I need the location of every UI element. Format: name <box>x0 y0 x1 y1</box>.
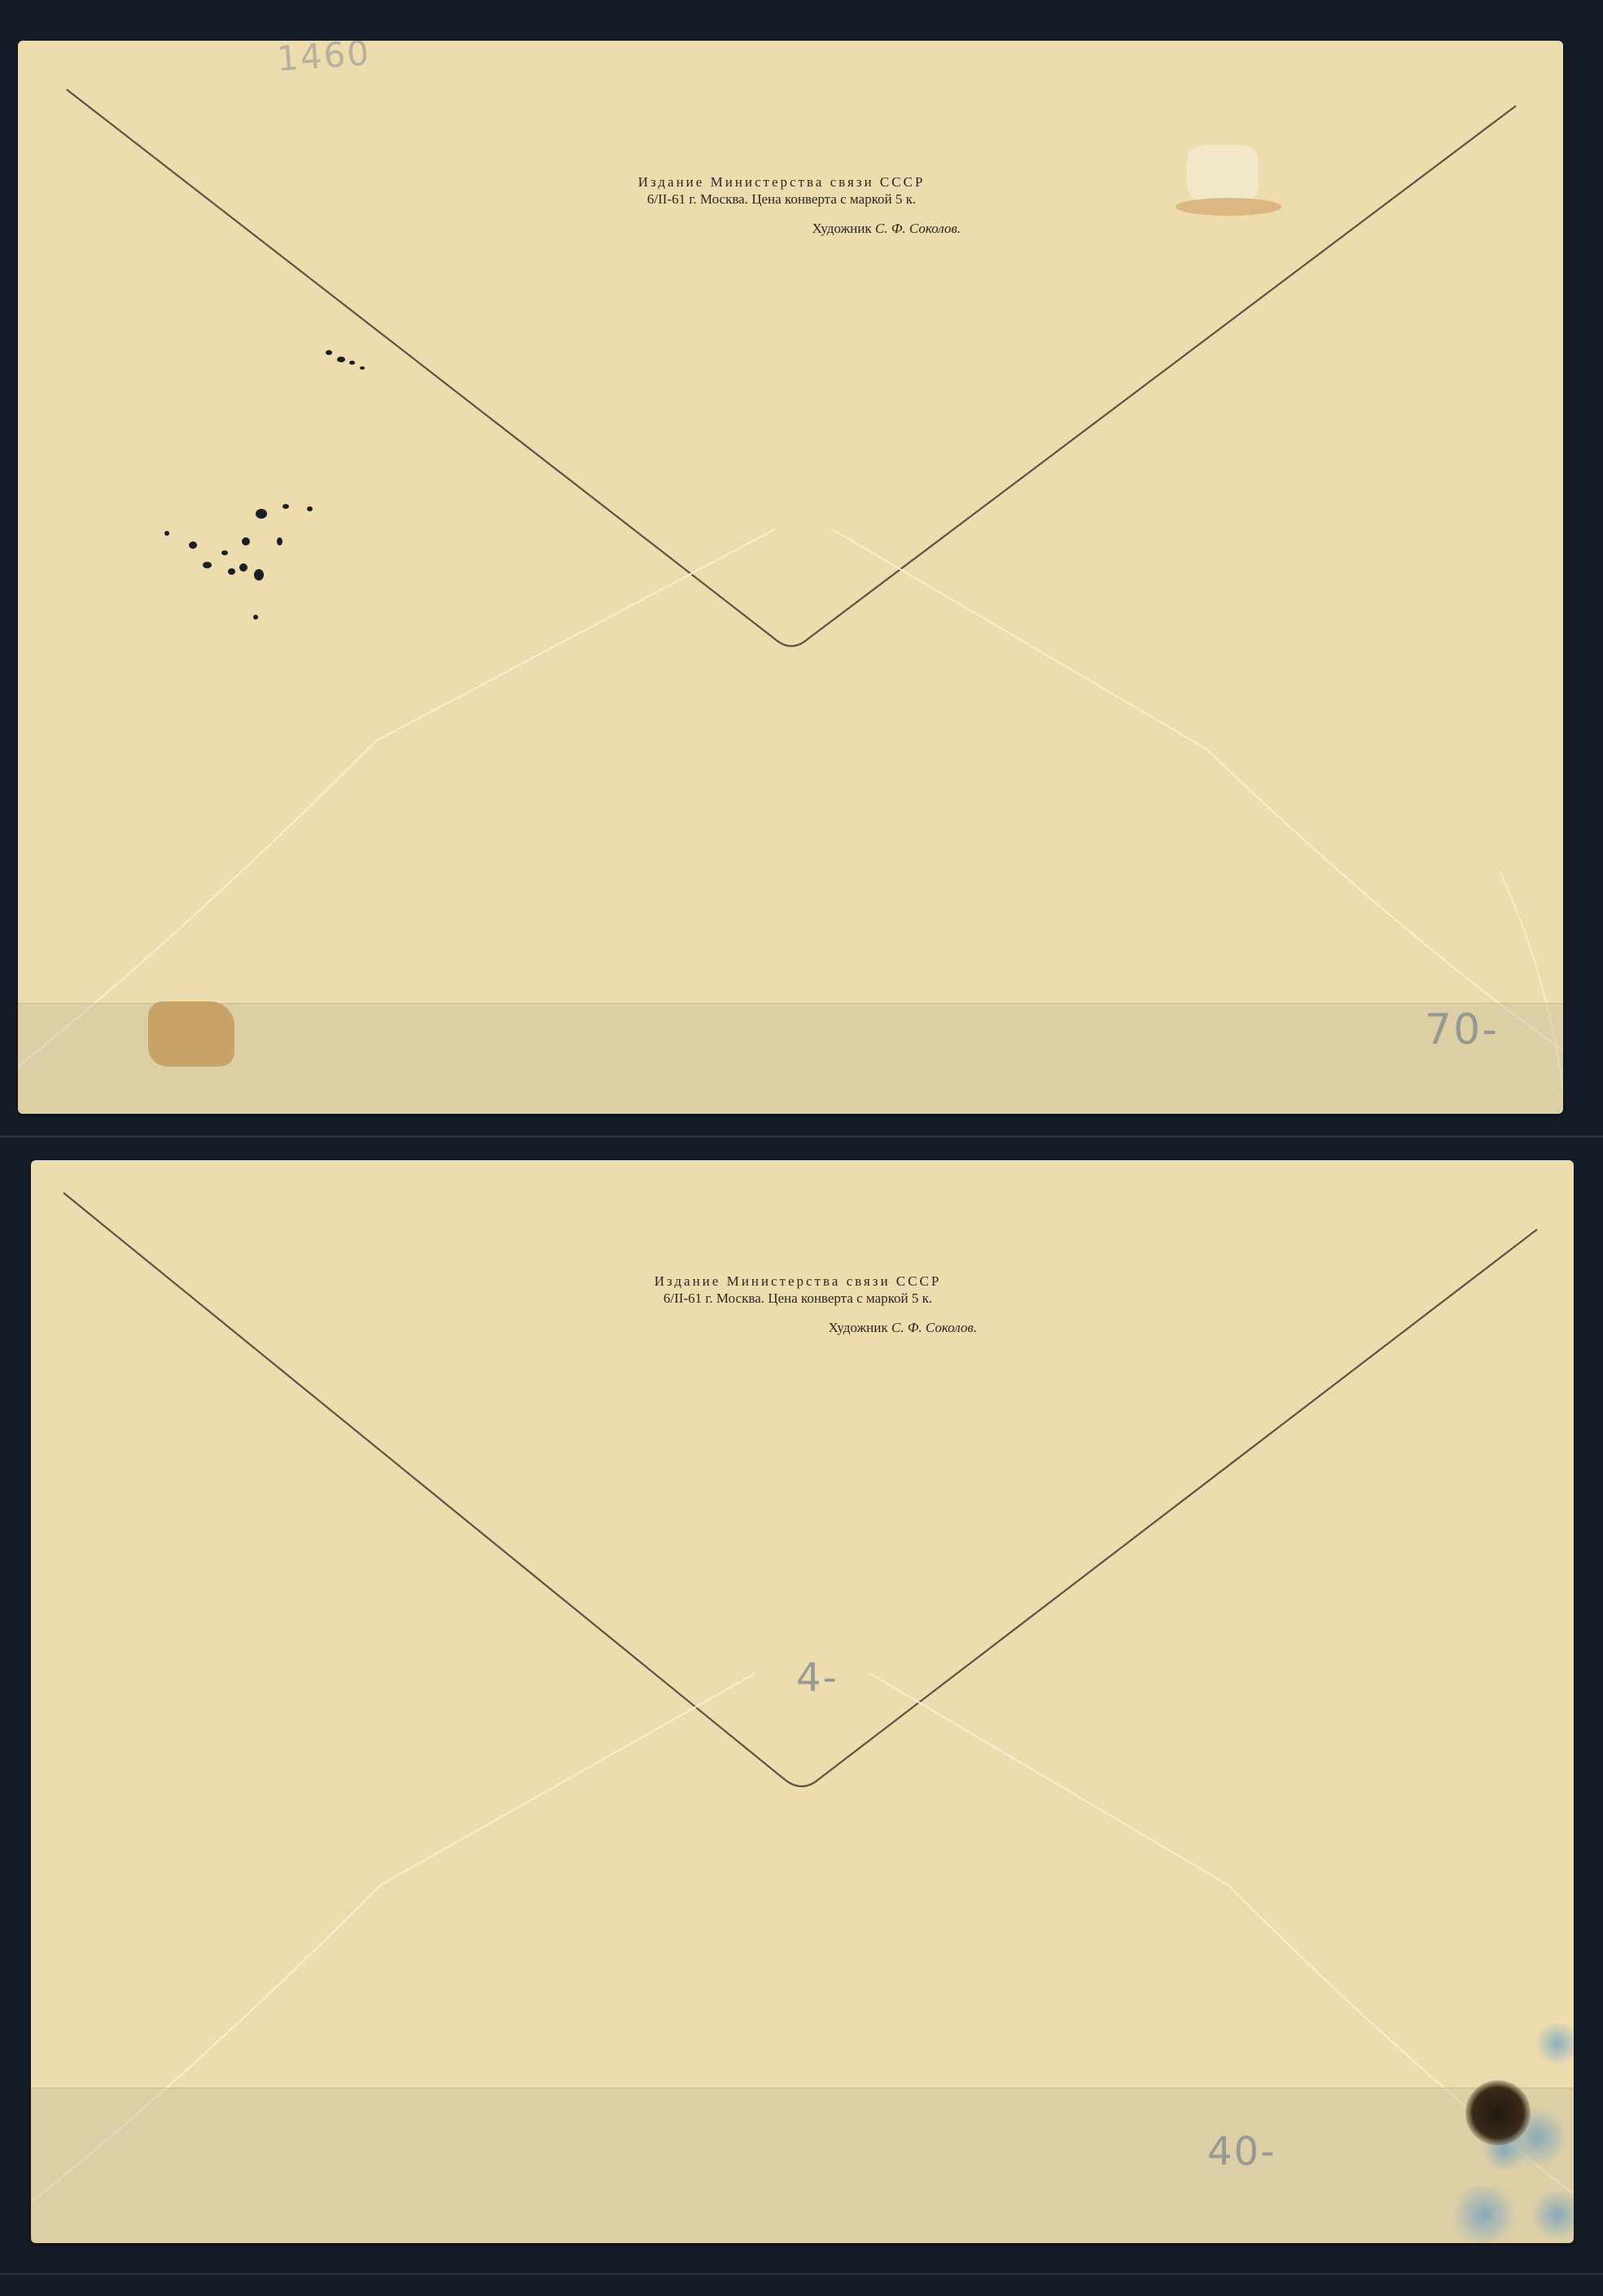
bottom-flap-band <box>31 2088 1574 2243</box>
imprint-publisher: Издание Министерства связи СССР <box>578 173 985 191</box>
pencil-note-price: 40- <box>1207 2129 1276 2175</box>
imprint-artist: Художник С. Ф. Соколов. <box>594 1319 1001 1336</box>
backdrop-stripe <box>0 1136 1603 1137</box>
envelope-back-2: Издание Министерства связи СССР 6/II-61 … <box>31 1160 1574 2243</box>
publisher-imprint: Издание Министерства связи СССР 6/II-61 … <box>594 1273 1001 1336</box>
imprint-date-price: 6/II-61 г. Москва. Цена конверта с марко… <box>578 191 985 208</box>
imprint-date-price: 6/II-61 г. Москва. Цена конверта с марко… <box>594 1290 1001 1307</box>
artist-label: Художник <box>829 1320 888 1335</box>
blue-ink-smudge <box>1448 2186 1521 2243</box>
artist-name: С. Ф. Соколов. <box>891 1320 977 1335</box>
backdrop-stripe <box>0 2273 1603 2275</box>
imprint-artist: Художник С. Ф. Соколов. <box>578 220 985 237</box>
publisher-imprint: Издание Министерства связи СССР 6/II-61 … <box>578 173 985 237</box>
glue-stain <box>1176 198 1281 216</box>
imprint-publisher: Издание Министерства связи СССР <box>594 1273 1001 1290</box>
paper-abrasion <box>1187 145 1259 202</box>
pencil-note-flap: 4- <box>796 1655 839 1701</box>
artist-name: С. Ф. Соколов. <box>875 221 961 236</box>
pencil-note-price: 70- <box>1425 1006 1499 1054</box>
pencil-note-top: 1460 <box>275 41 371 79</box>
artist-label: Художник <box>812 221 872 236</box>
dark-ink-blot <box>1465 2080 1531 2145</box>
envelope-back-1: Издание Министерства связи СССР 6/II-61 … <box>18 41 1563 1114</box>
bottom-flap-band <box>18 1003 1563 1114</box>
brown-stain <box>148 1001 234 1067</box>
